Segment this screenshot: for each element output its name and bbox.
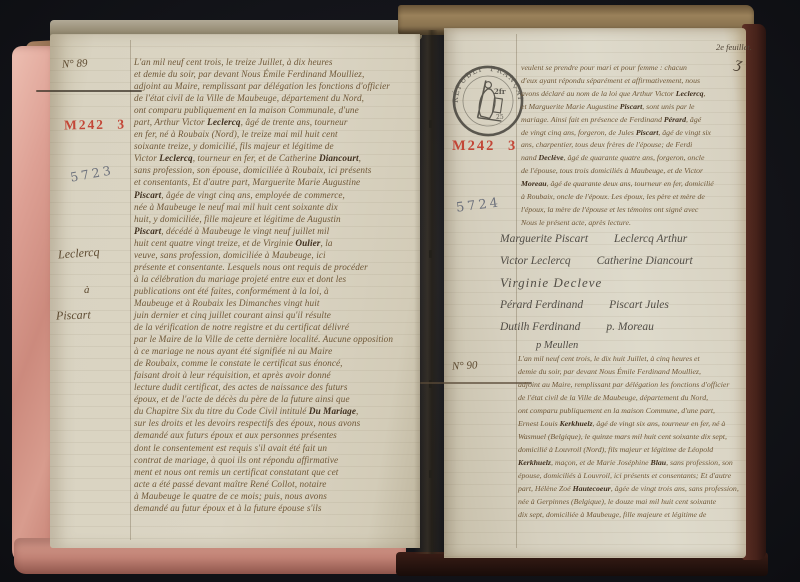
handwritten-line: du Chapitre Six du titre du Code Civil i… [134, 405, 422, 417]
handwritten-line: nand Declève, âgé de quarante quatre ans… [521, 152, 759, 165]
handwritten-line: Moreau, âgé de quarante deux ans, tourne… [521, 178, 759, 191]
handwritten-line: part, Arthur Victor Leclercq, âgé de tre… [134, 116, 422, 128]
handwritten-line: L'an mil neuf cent trois, le dix huit Ju… [518, 352, 760, 365]
handwritten-line: d'eux ayant répondu séparément et affirm… [521, 75, 759, 88]
handwritten-line: époux, et de l'acte de décès du père de … [134, 393, 422, 405]
handwritten-line: part, Hélène Zoé Hautecoeur, âgée de vin… [518, 482, 760, 495]
handwritten-line: demie du soir, par devant Nous Émile Fer… [518, 365, 760, 378]
act-89-conclusion-text: veulent se prendre pour mari et pour fem… [521, 62, 759, 230]
handwritten-line: à la célébration du mariage projeté entr… [134, 273, 422, 285]
handwritten-line: juin dernier et cinq juillet courant ain… [134, 309, 422, 321]
margin-divider-line-90 [420, 382, 532, 384]
handwritten-line: huit, y domiciliée, fille majeure et lég… [134, 213, 422, 225]
handwritten-line: huit cent quatre vingt treize, et de Vir… [134, 237, 422, 249]
margin-name-groom: Leclercq [58, 245, 100, 263]
handwritten-line: et Marguerite Marie Augustine Piscart, s… [521, 101, 759, 114]
handwritten-line: publications ont été faites, conformémen… [134, 285, 422, 297]
handwritten-line: l'époux, la mère de l'épouse et les témo… [521, 204, 759, 217]
act-number-89: N° 89 [62, 57, 88, 70]
handwritten-line: veuve, sans profession, domiciliée à Mau… [134, 249, 422, 261]
handwritten-line: mariage. Ainsi fait en présence de Ferdi… [521, 114, 759, 127]
handwritten-line: sur les droits et les devoirs respectifs… [134, 417, 422, 429]
handwritten-line: et consentants, Et d'autre part, Marguer… [134, 176, 422, 188]
handwritten-line: adjoint au Maire, remplissant par déléga… [518, 378, 760, 391]
handwritten-line: et demie du soir, par devant Nous Émile … [134, 68, 422, 80]
handwritten-line: Piscart, décédé à Maubeuge le vingt neuf… [134, 225, 422, 237]
archive-stamp-red-left: M242 3 [64, 116, 126, 133]
handwritten-line: de l'état civil de la Ville de Maubeuge,… [518, 391, 760, 404]
handwritten-line: de l'épouse, tous trois domiciliés à Mau… [521, 165, 759, 178]
act-90-body-text: L'an mil neuf cent trois, le dix huit Ju… [518, 352, 760, 521]
handwritten-line: demandé au futur époux et à la future ép… [134, 502, 422, 514]
handwritten-line: en fer, né à Roubaix (Nord), le treize m… [134, 128, 422, 140]
handwritten-line: à Maubeuge le quatre de ce mois; puis, n… [134, 490, 422, 502]
handwritten-line: faisant droit à leur réquisition, et apr… [134, 369, 422, 381]
handwritten-line: née à Gerpinnes (Belgique), le douze mai… [518, 495, 760, 508]
handwritten-line: épouse, domiciliés à Louvroil, ici prése… [518, 469, 760, 482]
handwritten-line: soixante treize, y domicilié, fils majeu… [134, 140, 422, 152]
handwritten-line: Wasmuel (Belgique), le quinze mars mil h… [518, 430, 760, 443]
handwritten-line: ans, charpentier, tous deux frères de l'… [521, 139, 759, 152]
handwritten-line: Kerkhuelz, maçon, et de Marie Joséphine … [518, 456, 760, 469]
signature-row: Pérard FerdinandPiscart Jules [500, 294, 758, 316]
handwritten-line: dix sept, domiciliée à Maubeuge, fille m… [518, 508, 760, 521]
handwritten-line: de Roubaix, comme le constate le certifi… [134, 357, 422, 369]
handwritten-line: avons déclaré au nom de la loi que Arthu… [521, 88, 759, 101]
handwritten-line: Piscart, âgée de vingt cinq ans, employé… [134, 189, 422, 201]
revenue-stamp-graphic: RÉPUBLIQUE FRANÇAISE 2fr 25 [450, 63, 526, 139]
handwritten-line: Maubeuge et à Roubaix les Dimanches ving… [134, 297, 422, 309]
stamp-arc-left-text: RÉPUBLIQUE [450, 63, 483, 103]
handwritten-line: acte a été passé devant maître René Coll… [134, 478, 422, 490]
handwritten-line: lecture dudit certificat, des actes de n… [134, 381, 422, 393]
handwritten-line: de l'état civil de la Ville de Maubeuge,… [134, 92, 422, 104]
signature-row: Virginie Decleve [500, 272, 758, 294]
signature-row: Marguerite PiscartLeclercq Arthur [500, 228, 758, 250]
margin-name-connector: à [84, 284, 90, 296]
handwritten-line: Ernest Louis Kerkhuelz, âgé de vingt six… [518, 417, 760, 430]
margin-divider-line [36, 90, 142, 92]
handwritten-line: ont comparu publiquement en la maison Co… [134, 104, 422, 116]
svg-text:RÉPUBLIQUE: RÉPUBLIQUE [450, 63, 483, 103]
handwritten-line: contrat de mariage, à quoi ils ont répon… [134, 454, 422, 466]
handwritten-line: adjoint au Maire, remplissant par déléga… [134, 80, 422, 92]
handwritten-line: ont comparu publiquement en la maison Co… [518, 404, 760, 417]
stamp-value-centimes: 25 [496, 114, 504, 121]
handwritten-line: L'an mil neuf cent trois, le treize Juil… [134, 56, 422, 68]
archive-stamp-red-right: M242 3 [452, 138, 517, 155]
stamp-value-francs: 2fr [494, 87, 506, 96]
handwritten-line: dont le consentement est requis s'il ava… [134, 442, 422, 454]
act-89-body-text: L'an mil neuf cent trois, le treize Juil… [134, 56, 422, 514]
handwritten-line: de la vérification de notre registre et … [134, 321, 422, 333]
republique-francaise-revenue-stamp: RÉPUBLIQUE FRANÇAISE 2fr 25 [450, 63, 526, 139]
handwritten-line: par le Maire de la Ville de cette derniè… [134, 333, 422, 345]
signature-row: Dutilh Ferdinandp. Moreau [500, 316, 758, 338]
signatures-block: Marguerite PiscartLeclercq ArthurVictor … [500, 228, 758, 354]
handwritten-line: à Roubaix, oncle de l'époux. Les époux, … [521, 191, 759, 204]
handwritten-line: Victor Leclercq, tourneur en fer, et de … [134, 152, 422, 164]
margin-rule-left-page [130, 40, 131, 540]
folio-note: 2e feuillet. [716, 42, 752, 52]
handwritten-line: née à Maubeuge le neuf mai mil huit cent… [134, 201, 422, 213]
margin-name-bride: Piscart [56, 307, 91, 323]
binding-stitch [429, 470, 432, 478]
handwritten-line: à ce mariage ne nous ayant été signifiée… [134, 345, 422, 357]
handwritten-line: domicilié à Louvroil (Nord), fils majeur… [518, 443, 760, 456]
photographed-register-book: N° 89 M242 3 5723 Leclercq à Piscart L'a… [0, 0, 800, 582]
handwritten-line: présente et consentante. Lesquels nous o… [134, 261, 422, 273]
handwritten-line: ment et nous ont remis un certificat con… [134, 466, 422, 478]
binding-stitch [429, 120, 432, 128]
binding-stitch [429, 250, 432, 258]
signature-row: Victor LeclercqCatherine Diancourt [500, 250, 758, 272]
handwritten-line: de vingt cinq ans, forgeron, de Jules Pi… [521, 127, 759, 140]
handwritten-line: demandé aux futurs époux et aux personne… [134, 429, 422, 441]
act-number-90: N° 90 [452, 359, 478, 372]
handwritten-line: veulent se prendre pour mari et pour fem… [521, 62, 759, 75]
handwritten-line: sans profession, son épouse, domiciliée … [134, 164, 422, 176]
